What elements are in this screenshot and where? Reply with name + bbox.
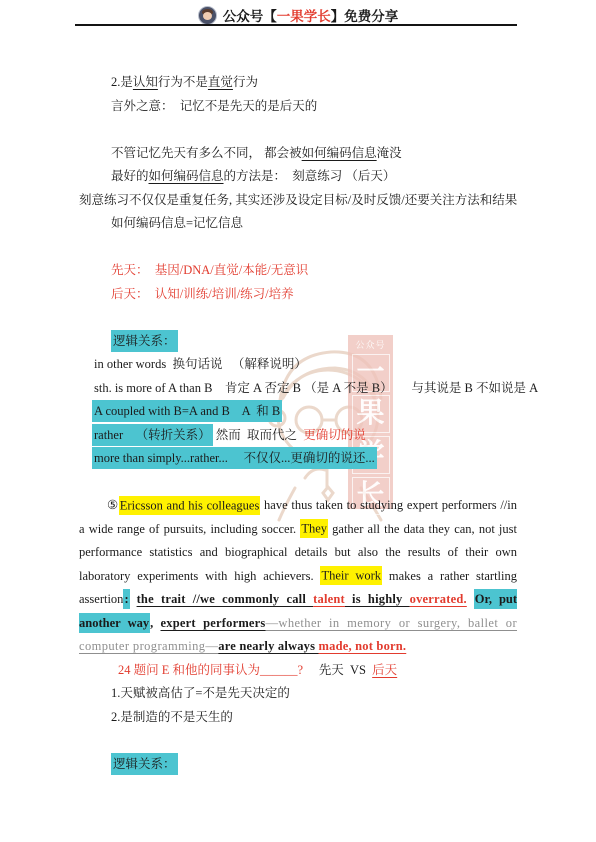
blank-line xyxy=(79,236,517,260)
space-run xyxy=(467,592,474,606)
question-red-text: 24 题问 E 和他的同事认为______? xyxy=(118,663,303,677)
text-run: 行为 xyxy=(233,75,258,89)
yellow-highlight: Their work xyxy=(320,566,382,585)
note-practice-line: 刻意练习不仅仅是重复任务, 其实还涉及设定目标/及时反馈/还要关注方法和结果 xyxy=(79,189,517,213)
logic-rather-line: rather （转折关系） 然而 取而代之 更确切的说 xyxy=(79,424,517,448)
red-bold-underline-run: talent xyxy=(313,592,345,606)
question-24-line: 24 题问 E 和他的同事认为______? 先天 VS 后天 xyxy=(79,659,517,683)
logic-more-than-simply-line: more than simply...rather... 不仅仅...更确切的说… xyxy=(79,447,517,471)
blank-line xyxy=(79,729,517,753)
blank-line xyxy=(79,118,517,142)
underlined-term: 如何编码信息 xyxy=(302,146,377,160)
bold-underline-run: the trait //we commonly call xyxy=(137,592,314,606)
note-encode-line: 如何编码信息=记忆信息 xyxy=(79,212,517,236)
underlined-term: 直觉 xyxy=(208,75,233,89)
acquired-line: 后天： 认知/训练/培训/练习/培养 xyxy=(79,283,517,307)
header-title: 公众号【一果学长】免费分享 xyxy=(223,5,399,25)
paragraph-number: ⑤ xyxy=(107,498,119,512)
underlined-term: 如何编码信息 xyxy=(149,169,224,183)
yellow-highlight: Ericsson and his colleagues xyxy=(119,496,261,515)
text-run: 2.是 xyxy=(111,75,133,89)
text-run: 淹没 xyxy=(377,146,402,160)
yellow-highlight: They xyxy=(300,519,328,538)
blank-line xyxy=(79,306,517,330)
innate-line: 先天： 基因/DNA/直觉/本能/无意识 xyxy=(79,259,517,283)
logic-section-2-title-line: 逻辑关系： xyxy=(79,753,517,777)
text-run: 最好的 xyxy=(111,169,149,183)
logic-title-highlight: 逻辑关系： xyxy=(111,330,178,352)
page-header: 公众号【一果学长】免费分享 xyxy=(0,5,596,25)
text-run: 先天 VS xyxy=(303,663,372,677)
english-passage: ⑤Ericsson and his colleagues have thus t… xyxy=(79,494,517,659)
logic-coupled-line: A coupled with B=A and B A 和 B xyxy=(79,400,517,424)
note-memory-line: 不管记忆先天有多么不同， 都会被如何编码信息淹没 xyxy=(79,142,517,166)
header-label-post: 】免费分享 xyxy=(331,9,399,24)
space-run xyxy=(130,592,137,606)
bold-underline-run: are nearly always xyxy=(218,639,318,653)
logic-in-other-words-line: in other words 换句话说 （解释说明） xyxy=(79,353,517,377)
document-page: 公众号【一果学长】免费分享 公众号 一 果 学 xyxy=(0,0,596,842)
bold-underline-run: is highly xyxy=(345,592,410,606)
acquired-red-underline: 后天 xyxy=(372,663,397,677)
red-bold-underline-run: made, not born. xyxy=(319,639,407,653)
header-label-pre: 公众号【 xyxy=(223,9,277,24)
red-bold-underline-run: overrated. xyxy=(410,592,467,606)
text-run: 的方法是： 刻意练习 （后天） xyxy=(224,169,396,183)
bold-underline-run: expert performers xyxy=(161,616,266,630)
document-body: 2.是认知行为不是直觉行为 言外之意： 记忆不是先天的是后天的 不管记忆先天有多… xyxy=(79,71,517,776)
note-implication-line: 言外之意： 记忆不是先天的是后天的 xyxy=(79,95,517,119)
underlined-term: 认知 xyxy=(133,75,158,89)
blank-line xyxy=(79,471,517,495)
text-run: , xyxy=(150,616,160,630)
more-than-simply-highlight: more than simply...rather... 不仅仅...更确切的说… xyxy=(92,447,377,469)
answer-1-line: 1.天赋被高估了=不是先天决定的 xyxy=(79,682,517,706)
header-brand-name: 一果学长 xyxy=(277,9,331,24)
logic-section-1-title-line: 逻辑关系： xyxy=(79,330,517,354)
coupled-highlight: A coupled with B=A and B A 和 B xyxy=(92,400,282,422)
header-divider xyxy=(75,24,517,26)
answer-2-line: 2.是制造的不是天生的 xyxy=(79,706,517,730)
rather-red-note: 更确切的说 xyxy=(303,428,366,442)
text-run: 不管记忆先天有多么不同， 都会被 xyxy=(111,146,302,160)
logic-title-highlight: 逻辑关系： xyxy=(111,753,178,775)
note-cognitive-line: 2.是认知行为不是直觉行为 xyxy=(79,71,517,95)
note-method-line: 最好的如何编码信息的方法是： 刻意练习 （后天） xyxy=(79,165,517,189)
account-avatar-icon xyxy=(198,6,217,25)
rather-highlight: rather （转折关系） xyxy=(92,424,213,446)
text-run: 然而 取而代之 xyxy=(213,428,304,442)
cyan-colon-highlight: : xyxy=(123,589,129,609)
logic-more-of-a-line: sth. is more of A than B 肯定 A 否定 B （是 A … xyxy=(79,377,517,401)
text-run: 行为不是 xyxy=(158,75,208,89)
